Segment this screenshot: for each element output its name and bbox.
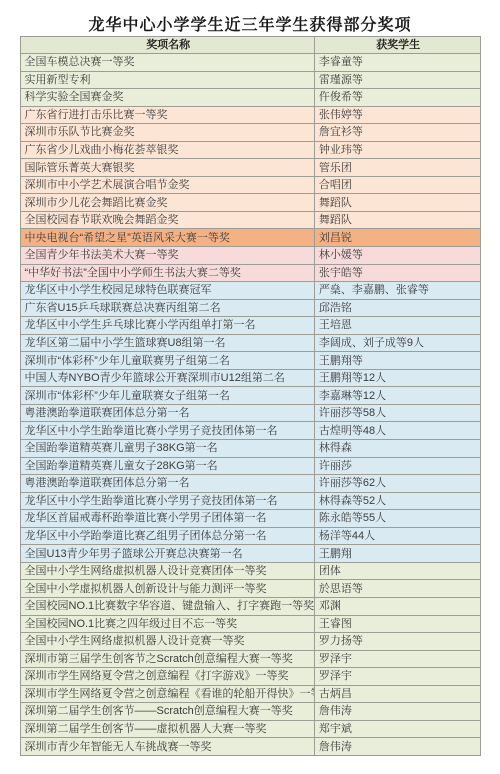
award-cell: 龙华区中小学跆拳道比赛乙组男子团体总分第一名 bbox=[20, 527, 314, 545]
table-row: 国际管乐菁英大赛银奖管乐团 bbox=[20, 159, 480, 177]
students-cell: 团体 bbox=[314, 562, 480, 580]
students-cell: 郑宇斌 bbox=[314, 720, 480, 738]
award-cell: 全国青少年书法美术大赛一等奖 bbox=[20, 247, 314, 265]
award-cell: 深圳市中小学艺术展演合唱节金奖 bbox=[20, 176, 314, 194]
students-cell: 严燊、李嘉鹏、张睿等 bbox=[314, 282, 480, 300]
table-row: 全国车模总决赛一等奖李睿童等 bbox=[20, 54, 480, 72]
students-cell: 詹宜衫等 bbox=[314, 124, 480, 142]
table-row: 广东省U15乒乓球联赛总决赛丙组第二名邱浩铭 bbox=[20, 299, 480, 317]
students-cell: 杨洋等44人 bbox=[314, 527, 480, 545]
award-cell: 全国跆拳道精英赛儿童男子38KG第一名 bbox=[20, 440, 314, 458]
award-cell: 全国中小学生网络虚拟机器人设计竞赛团体一等奖 bbox=[20, 562, 314, 580]
table-row: 深圳市学生网络夏令营之创意编程《打字游戏》一等奖罗泽宇 bbox=[20, 668, 480, 686]
table-row: 全国中小学虚拟机器人创新设计与能力测评一等奖於思语等 bbox=[20, 580, 480, 598]
table-row: 深圳市学生网络夏令营之创意编程《看谁的轮船开得快》一等奖古炳昌 bbox=[20, 685, 480, 703]
award-cell: 全国校园NO.1比赛数字华容道、键盘输入、打字赛跑一等奖 bbox=[20, 597, 314, 615]
table-row: 深圳市中小学艺术展演合唱节金奖合唱团 bbox=[20, 176, 480, 194]
students-cell: 古炳昌 bbox=[314, 685, 480, 703]
students-cell: 王鹏翔等 bbox=[314, 352, 480, 370]
award-cell: 广东省行进打击乐比赛一等奖 bbox=[20, 106, 314, 124]
students-cell: 詹伟涛 bbox=[314, 703, 480, 721]
students-cell: 许丽莎等58人 bbox=[314, 404, 480, 422]
students-cell: 王鹏翔 bbox=[314, 545, 480, 563]
award-cell: 龙华区中小学生跆拳道比赛小学男子竞技团体第一名 bbox=[20, 422, 314, 440]
award-cell: 全国车模总决赛一等奖 bbox=[20, 54, 314, 72]
award-cell: 全国校园春节联欢晚会舞蹈金奖 bbox=[20, 211, 314, 229]
award-cell: 粤港澳跆拳道联赛团体总分第一名 bbox=[20, 404, 314, 422]
students-cell: 李睿童等 bbox=[314, 54, 480, 72]
award-cell: 广东省U15乒乓球联赛总决赛丙组第二名 bbox=[20, 299, 314, 317]
students-cell: 林得森等52人 bbox=[314, 492, 480, 510]
table-row: 粤港澳跆拳道联赛团体总分第一名许丽莎等58人 bbox=[20, 404, 480, 422]
table-row: 深圳市少儿花会舞蹈比赛金奖舞蹈队 bbox=[20, 194, 480, 212]
award-cell: 龙华区第二届中小学生篮球赛U8组第一名 bbox=[20, 334, 314, 352]
award-cell: 国际管乐菁英大赛银奖 bbox=[20, 159, 314, 177]
award-cell: 全国跆拳道精英赛儿童女子28KG第一名 bbox=[20, 457, 314, 475]
students-cell: 舞蹈队 bbox=[314, 211, 480, 229]
award-cell: 全国中小学虚拟机器人创新设计与能力测评一等奖 bbox=[20, 580, 314, 598]
table-row: 全国跆拳道精英赛儿童女子28KG第一名许丽莎 bbox=[20, 457, 480, 475]
table-row: 科学实验全国赛金奖仵俊希等 bbox=[20, 89, 480, 107]
table-row: 中国人寿NYBO青少年篮球公开赛深圳市U12组第二名王鹏翔等12人 bbox=[20, 369, 480, 387]
table-row: 深圳市第三届学生创客节之Scratch创意编程大赛一等奖罗泽宇 bbox=[20, 650, 480, 668]
students-cell: 罗泽宇 bbox=[314, 668, 480, 686]
students-cell: 罗泽宇 bbox=[314, 650, 480, 668]
table-row: 全国校园NO.1比赛之四年级过目不忘一等奖王睿图 bbox=[20, 615, 480, 633]
document-page: 龙华中心小学学生近三年学生获得部分奖项 奖项名称 获奖学生 全国车模总决赛一等奖… bbox=[0, 0, 500, 774]
table-row: 广东省少儿戏曲小梅花荟萃银奖钟业玮等 bbox=[20, 141, 480, 159]
award-cell: 全国U13青少年男子篮球公开赛总决赛第一名 bbox=[20, 545, 314, 563]
students-cell: 林得森 bbox=[314, 440, 480, 458]
award-cell: 深圳市乐队节比赛金奖 bbox=[20, 124, 314, 142]
table-row: 龙华区中小学生跆拳道比赛小学男子竞技团体第一名古煌明等48人 bbox=[20, 422, 480, 440]
table-row: 全国校园NO.1比赛数字华容道、键盘输入、打字赛跑一等奖邓渊 bbox=[20, 597, 480, 615]
students-cell: 於思语等 bbox=[314, 580, 480, 598]
table-row: 深圳第二届学生创客节——Scratch创意编程大赛一等奖詹伟涛 bbox=[20, 703, 480, 721]
students-cell: 张伟婷等 bbox=[314, 106, 480, 124]
students-cell: 邓渊 bbox=[314, 597, 480, 615]
award-cell: 龙华区中小学生校园足球特色联赛冠军 bbox=[20, 282, 314, 300]
award-cell: 深圳市学生网络夏令营之创意编程《打字游戏》一等奖 bbox=[20, 668, 314, 686]
award-cell: “中华好书法”全国中小学师生书法大赛二等奖 bbox=[20, 264, 314, 282]
table-row: 深圳市乐队节比赛金奖詹宜衫等 bbox=[20, 124, 480, 142]
students-cell: 许丽莎 bbox=[314, 457, 480, 475]
students-cell: 李嘉琳等12人 bbox=[314, 387, 480, 405]
students-cell: 舞蹈队 bbox=[314, 194, 480, 212]
students-cell: 邱浩铭 bbox=[314, 299, 480, 317]
table-row: 深圳市青少年智能无人车挑战赛一等奖詹伟涛 bbox=[20, 738, 480, 756]
award-cell: 科学实验全国赛金奖 bbox=[20, 89, 314, 107]
table-row: 粤港澳跆拳道联赛团体总分第一名许丽莎等62人 bbox=[20, 475, 480, 493]
award-cell: 龙华区首届戒毒杯跆拳道比赛小学男子团体第一名 bbox=[20, 510, 314, 528]
award-cell: 广东省少儿戏曲小梅花荟萃银奖 bbox=[20, 141, 314, 159]
students-cell: 合唱团 bbox=[314, 176, 480, 194]
award-cell: 深圳市学生网络夏令营之创意编程《看谁的轮船开得快》一等奖 bbox=[20, 685, 314, 703]
award-cell: 全国校园NO.1比赛之四年级过目不忘一等奖 bbox=[20, 615, 314, 633]
students-cell: 陈永皓等55人 bbox=[314, 510, 480, 528]
students-cell: 仵俊希等 bbox=[314, 89, 480, 107]
students-cell: 王睿图 bbox=[314, 615, 480, 633]
students-cell: 林小媛等 bbox=[314, 247, 480, 265]
table-row: 龙华区中小学跆拳道比赛乙组男子团体总分第一名杨洋等44人 bbox=[20, 527, 480, 545]
award-cell: 龙华区中小学生乒乓球比赛小学丙组单打第一名 bbox=[20, 317, 314, 335]
table-row: 全国校园春节联欢晚会舞蹈金奖舞蹈队 bbox=[20, 211, 480, 229]
table-row: 全国中小学生网络虚拟机器人设计竞赛团体一等奖团体 bbox=[20, 562, 480, 580]
page-title: 龙华中心小学学生近三年学生获得部分奖项 bbox=[0, 0, 500, 34]
award-cell: 深圳市少儿花会舞蹈比赛金奖 bbox=[20, 194, 314, 212]
table-row: 龙华区中小学生乒乓球比赛小学丙组单打第一名王培恩 bbox=[20, 317, 480, 335]
award-cell: 粤港澳跆拳道联赛团体总分第一名 bbox=[20, 475, 314, 493]
award-cell: 深圳第二届学生创客节——Scratch创意编程大赛一等奖 bbox=[20, 703, 314, 721]
table-row: 龙华区第二届中小学生篮球赛U8组第一名李阔成、刘子成等9人 bbox=[20, 334, 480, 352]
header-award-name: 奖项名称 bbox=[20, 37, 314, 54]
award-cell: 深圳市第三届学生创客节之Scratch创意编程大赛一等奖 bbox=[20, 650, 314, 668]
header-winning-students: 获奖学生 bbox=[314, 37, 480, 54]
students-cell: 刘昌锐 bbox=[314, 229, 480, 247]
students-cell: 李阔成、刘子成等9人 bbox=[314, 334, 480, 352]
students-cell: 罗力扬等 bbox=[314, 633, 480, 651]
table-row: “中华好书法”全国中小学师生书法大赛二等奖张宇皓等 bbox=[20, 264, 480, 282]
students-cell: 王培恩 bbox=[314, 317, 480, 335]
award-cell: 深圳市“体彩杯”少年儿童联赛男子组第二名 bbox=[20, 352, 314, 370]
table-row: 广东省行进打击乐比赛一等奖张伟婷等 bbox=[20, 106, 480, 124]
award-cell: 龙华区中小学生跆拳道比赛小学男子竞技团体第一名 bbox=[20, 492, 314, 510]
award-cell: 深圳市“体彩杯”少年儿童联赛女子组第一名 bbox=[20, 387, 314, 405]
award-cell: 中国人寿NYBO青少年篮球公开赛深圳市U12组第二名 bbox=[20, 369, 314, 387]
students-cell: 钟业玮等 bbox=[314, 141, 480, 159]
table-row: 全国跆拳道精英赛儿童男子38KG第一名林得森 bbox=[20, 440, 480, 458]
award-cell: 深圳市青少年智能无人车挑战赛一等奖 bbox=[20, 738, 314, 756]
table-row: 深圳第二届学生创客节——虚拟机器人大赛一等奖郑宇斌 bbox=[20, 720, 480, 738]
table-row: 全国中小学生网络虚拟机器人设计竞赛一等奖罗力扬等 bbox=[20, 633, 480, 651]
table-row: 中央电视台“希望之星”英语风采大赛一等奖刘昌锐 bbox=[20, 229, 480, 247]
award-cell: 深圳第二届学生创客节——虚拟机器人大赛一等奖 bbox=[20, 720, 314, 738]
table-row: 全国青少年书法美术大赛一等奖林小媛等 bbox=[20, 247, 480, 265]
students-cell: 古煌明等48人 bbox=[314, 422, 480, 440]
table-row: 龙华区中小学生跆拳道比赛小学男子竞技团体第一名林得森等52人 bbox=[20, 492, 480, 510]
students-cell: 管乐团 bbox=[314, 159, 480, 177]
students-cell: 许丽莎等62人 bbox=[314, 475, 480, 493]
table-header-row: 奖项名称 获奖学生 bbox=[20, 37, 480, 54]
students-cell: 詹伟涛 bbox=[314, 738, 480, 756]
table-row: 龙华区首届戒毒杯跆拳道比赛小学男子团体第一名陈永皓等55人 bbox=[20, 510, 480, 528]
students-cell: 张宇皓等 bbox=[314, 264, 480, 282]
table-row: 实用新型专利雷瑾源等 bbox=[20, 71, 480, 89]
award-cell: 实用新型专利 bbox=[20, 71, 314, 89]
table-row: 深圳市“体彩杯”少年儿童联赛女子组第一名李嘉琳等12人 bbox=[20, 387, 480, 405]
awards-table: 奖项名称 获奖学生 全国车模总决赛一等奖李睿童等实用新型专利雷瑾源等科学实验全国… bbox=[20, 36, 481, 756]
award-cell: 全国中小学生网络虚拟机器人设计竞赛一等奖 bbox=[20, 633, 314, 651]
table-row: 龙华区中小学生校园足球特色联赛冠军严燊、李嘉鹏、张睿等 bbox=[20, 282, 480, 300]
students-cell: 雷瑾源等 bbox=[314, 71, 480, 89]
students-cell: 王鹏翔等12人 bbox=[314, 369, 480, 387]
table-row: 全国U13青少年男子篮球公开赛总决赛第一名王鹏翔 bbox=[20, 545, 480, 563]
table-row: 深圳市“体彩杯”少年儿童联赛男子组第二名王鹏翔等 bbox=[20, 352, 480, 370]
award-cell: 中央电视台“希望之星”英语风采大赛一等奖 bbox=[20, 229, 314, 247]
